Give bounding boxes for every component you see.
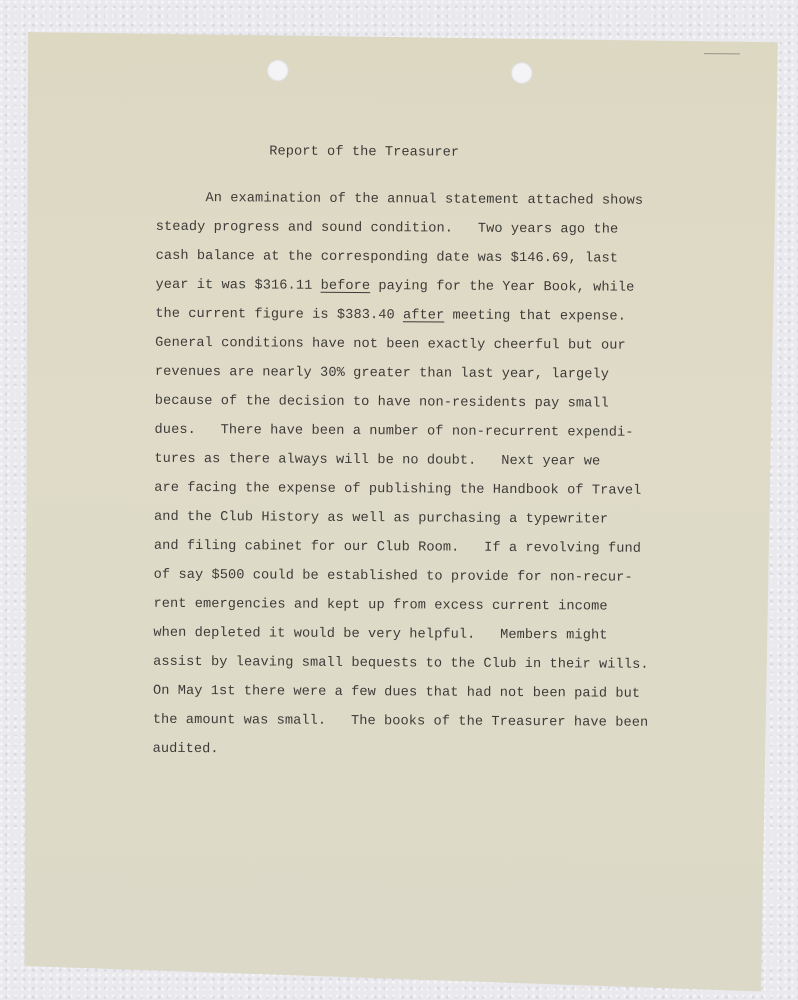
text-fragment: paying for the Year Book, while	[370, 279, 634, 296]
document-title: Report of the Treasurer	[269, 143, 696, 164]
text-line: revenues are nearly 30% greater than las…	[155, 358, 695, 390]
text-fragment: meeting that expense.	[444, 309, 626, 325]
document-body: Report of the Treasurer An examination o…	[153, 143, 697, 767]
text-line: steady progress and sound condition. Two…	[156, 213, 696, 245]
text-line: year it was $316.11 before paying for th…	[155, 271, 695, 303]
text-line: rent emergencies and kept up from excess…	[153, 590, 693, 622]
text-line: because of the decision to have non-resi…	[155, 387, 695, 419]
text-line: are facing the expense of publishing the…	[154, 474, 694, 506]
text-line: cash balance at the corresponding date w…	[156, 242, 696, 274]
text-line: tures as there always will be no doubt. …	[154, 445, 694, 477]
pencil-mark	[704, 53, 740, 54]
text-line: the current figure is $383.40 after meet…	[155, 300, 695, 332]
treasurer-report-paragraph: An examination of the annual statement a…	[153, 184, 697, 767]
underlined-word-before: before	[321, 279, 371, 294]
text-line: On May 1st there were a few dues that ha…	[153, 677, 693, 709]
punch-hole-left	[267, 59, 289, 81]
text-line: General conditions have not been exactly…	[155, 329, 695, 361]
text-line: assist by leaving small bequests to the …	[153, 648, 693, 680]
text-fragment: the current figure is $383.40	[155, 307, 403, 324]
text-line: An examination of the annual statement a…	[156, 184, 696, 216]
text-line: audited.	[153, 735, 693, 767]
text-line: and filing cabinet for our Club Room. If…	[154, 532, 694, 564]
text-fragment: year it was $316.11	[155, 278, 320, 294]
text-line: dues. There have been a number of non-re…	[154, 416, 694, 448]
text-line: when depleted it would be very helpful. …	[153, 619, 693, 651]
text-line: and the Club History as well as purchasi…	[154, 503, 694, 535]
punch-hole-right	[511, 62, 533, 84]
text-line: of say $500 could be established to prov…	[154, 561, 694, 593]
underlined-word-after: after	[403, 308, 444, 323]
typewritten-page: Report of the Treasurer An examination o…	[22, 32, 778, 992]
text-line: the amount was small. The books of the T…	[153, 706, 693, 738]
